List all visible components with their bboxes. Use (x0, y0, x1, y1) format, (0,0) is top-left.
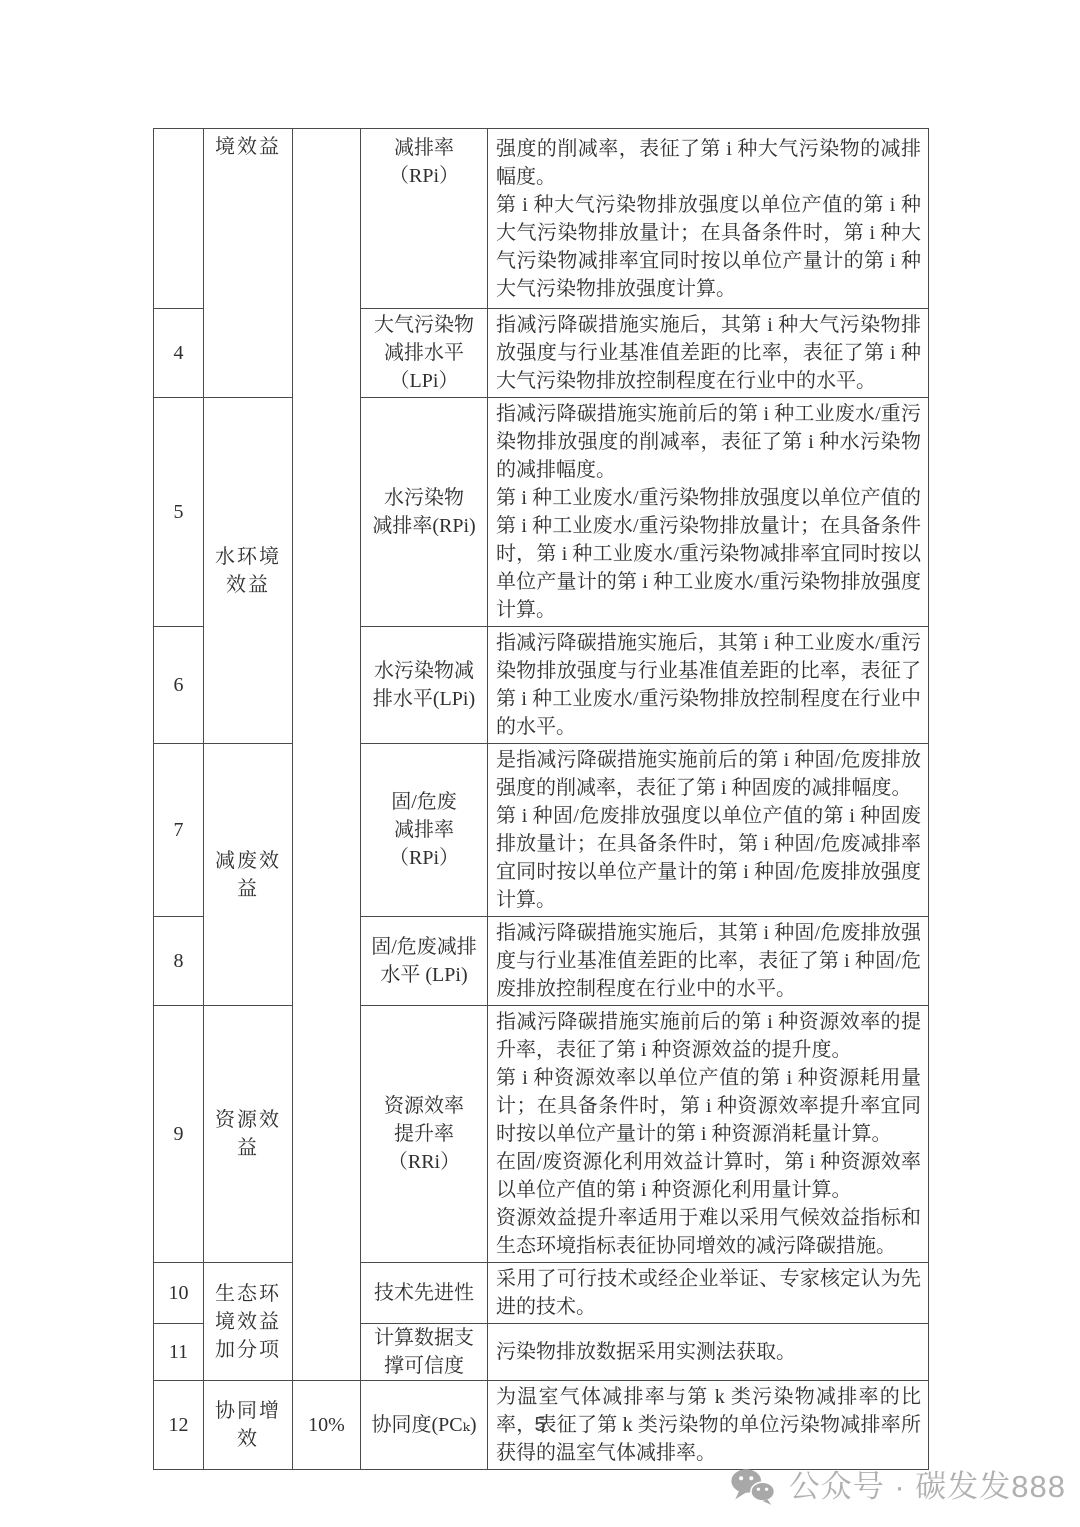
table-row-10: 10 生态环 境效益 加分项 技术先进性 采用了可行技术或经企业举证、专家核定认… (154, 1263, 929, 1324)
description-data-support-credibility: 污染物排放数据采用实测法获取。 (488, 1324, 929, 1381)
row-7-number: 7 (154, 744, 204, 917)
indicator-resource-efficiency-improvement-rate: 资源效率 提升率 （RRi） (361, 1006, 488, 1263)
category-waste-reduction-benefit: 减废效 益 (204, 744, 293, 1006)
description-water-pollutant-reduction-rate: 指减污降碳措施实施前后的第 i 种工业废水/重污染物排放强度的削减率，表征了第 … (488, 398, 929, 627)
indicator-emission-reduction-rate: 减排率 （RPi） (361, 129, 488, 309)
row-5-number: 5 (154, 398, 204, 627)
indicator-water-pollutant-reduction-level: 水污染物减 排水平(LPi) (361, 627, 488, 744)
row-8-number: 8 (154, 917, 204, 1006)
row-11-number: 11 (154, 1324, 204, 1381)
description-resource-efficiency-improvement-rate: 指减污降碳措施实施前后的第 i 种资源效率的提升率，表征了第 i 种资源效益的提… (488, 1006, 929, 1263)
category-water-environment-benefit: 水环境 效益 (204, 398, 293, 744)
indicator-technology-advancement: 技术先进性 (361, 1263, 488, 1324)
document-page: 境效益 减排率 （RPi） 强度的削减率，表征了第 i 种大气污染物的减排幅度。… (0, 0, 1080, 1527)
indicator-table: 境效益 减排率 （RPi） 强度的削减率，表征了第 i 种大气污染物的减排幅度。… (153, 128, 929, 1470)
row-continued-number-cell (154, 129, 204, 309)
category-air-environment-benefit: 境效益 (204, 129, 293, 398)
indicator-solid-hazardous-waste-reduction-level: 固/危废减排 水平 (LPi) (361, 917, 488, 1006)
description-technology-advancement: 采用了可行技术或经企业举证、专家核定认为先进的技术。 (488, 1263, 929, 1324)
table-row-7: 7 减废效 益 固/危废 减排率 （RPi） 是指减污降碳措施实施前后的第 i … (154, 744, 929, 917)
wechat-watermark: 公众号 · 碳发发888 (729, 1468, 1066, 1505)
indicator-solid-hazardous-waste-reduction-rate: 固/危废 减排率 （RPi） (361, 744, 488, 917)
row-10-number: 10 (154, 1263, 204, 1324)
description-air-pollutant-reduction-level: 指减污降碳措施实施后，其第 i 种大气污染物排放强度与行业基准值差距的比率，表征… (488, 309, 929, 398)
row-9-number: 9 (154, 1006, 204, 1263)
weight-merged-cell (293, 129, 361, 1381)
wechat-icon (729, 1468, 776, 1505)
page-number: 5 (0, 1414, 1080, 1437)
watermark-text: 公众号 · 碳发发888 (789, 1469, 1066, 1505)
table-row-continued: 境效益 减排率 （RPi） 强度的削减率，表征了第 i 种大气污染物的减排幅度。… (154, 129, 929, 309)
description-water-pollutant-reduction-level: 指减污降碳措施实施后，其第 i 种工业废水/重污染物排放强度与行业基准值差距的比… (488, 627, 929, 744)
category-eco-environment-bonus: 生态环 境效益 加分项 (204, 1263, 293, 1381)
row-4-number: 4 (154, 309, 204, 398)
description-solid-hazardous-waste-reduction-rate: 是指减污降碳措施实施前后的第 i 种固/危废排放强度的削减率，表征了第 i 种固… (488, 744, 929, 917)
indicator-air-pollutant-reduction-level: 大气污染物 减排水平 （LPi） (361, 309, 488, 398)
indicator-data-support-credibility: 计算数据支 撑可信度 (361, 1324, 488, 1381)
table-row-5: 5 水环境 效益 水污染物 减排率(RPi) 指减污降碳措施实施前后的第 i 种… (154, 398, 929, 627)
category-resource-benefit: 资源效 益 (204, 1006, 293, 1263)
row-6-number: 6 (154, 627, 204, 744)
description-solid-hazardous-waste-reduction-level: 指减污降碳措施实施后，其第 i 种固/危废排放强度与行业基准值差距的比率，表征了… (488, 917, 929, 1006)
table-row-9: 9 资源效 益 资源效率 提升率 （RRi） 指减污降碳措施实施前后的第 i 种… (154, 1006, 929, 1263)
indicator-water-pollutant-reduction-rate: 水污染物 减排率(RPi) (361, 398, 488, 627)
description-emission-reduction-rate: 强度的削减率，表征了第 i 种大气污染物的减排幅度。 第 i 种大气污染物排放强… (488, 129, 929, 309)
